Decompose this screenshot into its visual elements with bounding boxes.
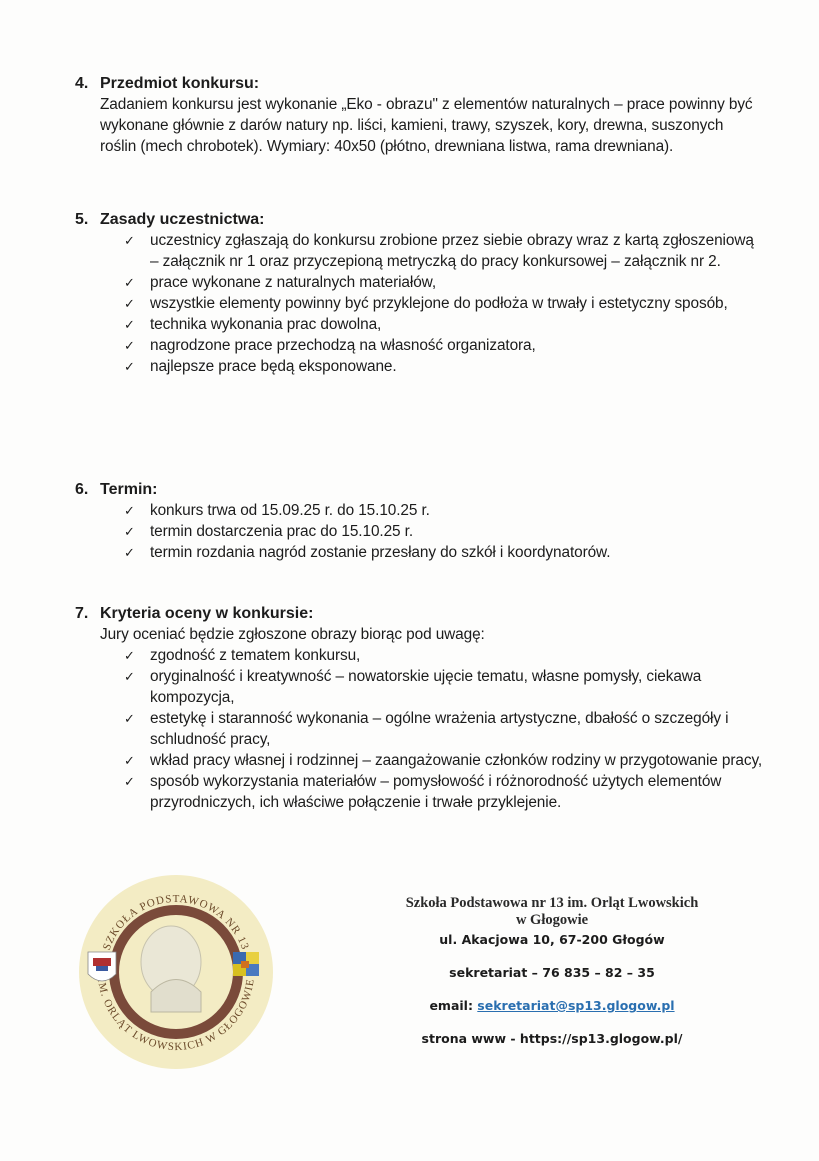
check-icon: ✓ [124, 521, 135, 542]
list-item: ✓wkład pracy własnej i rodzinnej – zaang… [124, 750, 774, 771]
check-icon: ✓ [124, 335, 135, 356]
section-number: 6. [75, 479, 100, 500]
checklist: ✓konkurs trwa od 15.09.25 r. do 15.10.25… [124, 500, 754, 563]
section-7: 7. Kryteria oceny w konkursie: Jury ocen… [75, 603, 795, 813]
section-title: Zasady uczestnictwa: [100, 209, 265, 230]
checklist: ✓uczestnicy zgłaszają do konkursu zrobio… [124, 230, 754, 377]
section-heading: 4. Przedmiot konkursu: [75, 73, 795, 94]
section-heading: 6. Termin: [75, 479, 795, 500]
school-website: strona www - https://sp13.glogow.pl/ [362, 1030, 742, 1047]
school-name: Szkoła Podstawowa nr 13 im. Orląt Lwowsk… [362, 895, 742, 912]
section-title: Kryteria oceny w konkursie: [100, 603, 313, 624]
list-item: ✓oryginalność i kreatywność – nowatorski… [124, 666, 774, 708]
school-address: ul. Akacjowa 10, 67-200 Głogów [362, 931, 742, 948]
list-item: ✓wszystkie elementy powinny być przyklej… [124, 293, 754, 314]
list-item: ✓najlepsze prace będą eksponowane. [124, 356, 754, 377]
section-number: 4. [75, 73, 100, 94]
check-icon: ✓ [124, 356, 135, 377]
city-coat-of-arms-icon [88, 952, 116, 981]
section-title: Przedmiot konkursu: [100, 73, 259, 94]
list-item: ✓uczestnicy zgłaszają do konkursu zrobio… [124, 230, 754, 272]
check-icon: ✓ [124, 230, 135, 251]
list-item: ✓prace wykonane z naturalnych materiałów… [124, 272, 754, 293]
section-number: 7. [75, 603, 100, 624]
check-icon: ✓ [124, 272, 135, 293]
check-icon: ✓ [124, 293, 135, 314]
school-email: email: sekretariat@sp13.glogow.pl [362, 997, 742, 1014]
section-heading: 5. Zasady uczestnictwa: [75, 209, 795, 230]
section-paragraph: Jury oceniać będzie zgłoszone obrazy bio… [100, 624, 795, 645]
check-icon: ✓ [124, 314, 135, 335]
section-4: 4. Przedmiot konkursu: Zadaniem konkursu… [75, 73, 795, 157]
list-item: ✓nagrodzone prace przechodzą na własność… [124, 335, 754, 356]
list-item: ✓konkurs trwa od 15.09.25 r. do 15.10.25… [124, 500, 754, 521]
list-item: ✓termin rozdania nagród zostanie przesła… [124, 542, 754, 563]
list-item: ✓estetykę i staranność wykonania – ogóln… [124, 708, 774, 750]
section-paragraph: Zadaniem konkursu jest wykonanie „Eko - … [100, 94, 760, 157]
check-icon: ✓ [124, 645, 135, 666]
check-icon: ✓ [124, 708, 135, 729]
check-icon: ✓ [124, 750, 135, 771]
check-icon: ✓ [124, 500, 135, 521]
check-icon: ✓ [124, 666, 135, 687]
email-link[interactable]: sekretariat@sp13.glogow.pl [477, 998, 674, 1013]
list-item: ✓termin dostarczenia prac do 15.10.25 r. [124, 521, 754, 542]
list-item: ✓technika wykonania prac dowolna, [124, 314, 754, 335]
section-number: 5. [75, 209, 100, 230]
email-label: email: [429, 998, 477, 1013]
section-5: 5. Zasady uczestnictwa: ✓uczestnicy zgła… [75, 209, 795, 377]
list-item: ✓zgodność z tematem konkursu, [124, 645, 774, 666]
section-heading: 7. Kryteria oceny w konkursie: [75, 603, 795, 624]
checklist: ✓zgodność z tematem konkursu, ✓oryginaln… [124, 645, 774, 813]
school-phone: sekretariat – 76 835 – 82 – 35 [362, 964, 742, 981]
check-icon: ✓ [124, 542, 135, 563]
school-city: w Głogowie [362, 912, 742, 929]
section-6: 6. Termin: ✓konkurs trwa od 15.09.25 r. … [75, 479, 795, 563]
school-contact-block: Szkoła Podstawowa nr 13 im. Orląt Lwowsk… [362, 895, 742, 1047]
check-icon: ✓ [124, 771, 135, 792]
school-logo: SZKOŁA PODSTAWOWA NR 13 IM. ORLĄT LWOWSK… [76, 872, 276, 1072]
section-title: Termin: [100, 479, 157, 500]
region-coat-of-arms-icon [233, 952, 259, 976]
list-item: ✓sposób wykorzystania materiałów – pomys… [124, 771, 774, 813]
